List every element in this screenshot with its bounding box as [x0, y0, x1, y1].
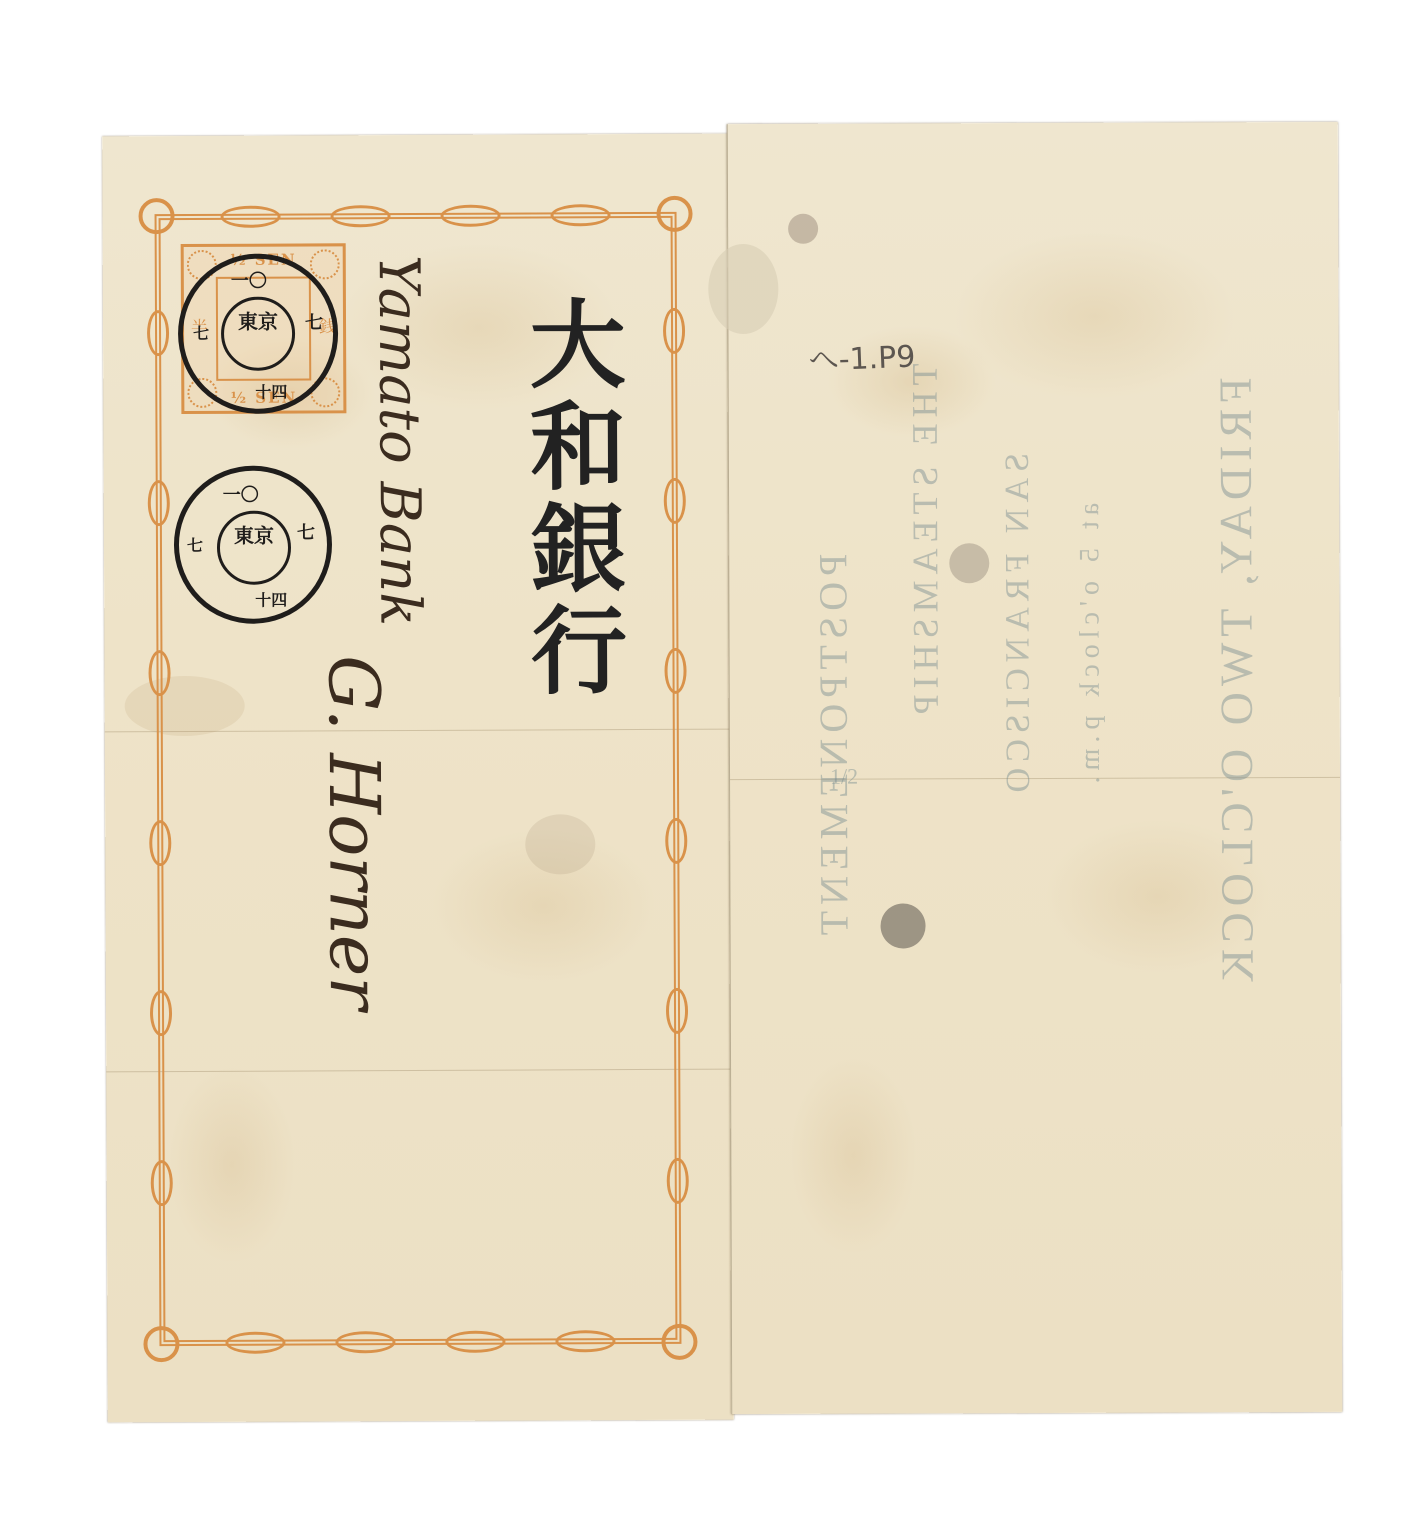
card-back-panel: へ-1.P9 FRIDAY, TWO O'CLOCK at 5 o'clock …	[727, 122, 1342, 1414]
english-address-line-2: G. Horner	[312, 655, 396, 1010]
pencil-catalog-note: へ-1.P9	[808, 332, 916, 380]
stain	[949, 543, 989, 583]
postmark-city: 東京	[229, 525, 279, 547]
frame-corner-ornament	[656, 196, 692, 232]
show-through-mark: 1/2	[830, 764, 858, 790]
frame-link	[445, 1331, 505, 1353]
postmark-left: 七	[187, 533, 203, 556]
frame-link	[555, 1330, 615, 1352]
postmark-city: 東京	[233, 311, 283, 333]
frame-link	[148, 650, 170, 696]
stamp-flower-icon	[310, 249, 340, 279]
japanese-address: 大和銀行	[495, 294, 637, 703]
postmark: 東京 一〇 七 十四 七	[174, 465, 333, 624]
frame-link	[150, 990, 172, 1036]
frame-link	[440, 205, 500, 227]
postmark-right: 七	[305, 308, 323, 334]
postmark: 東京 一〇 七 十四 七	[178, 253, 339, 414]
show-through-line: at 5 o'clock p.m.	[1074, 503, 1107, 790]
stain	[788, 214, 818, 244]
frame-link	[663, 308, 685, 354]
frame-link	[148, 480, 170, 526]
frame-link	[550, 204, 610, 226]
postmark-bottom: 十四	[255, 380, 287, 403]
frame-corner-ornament	[138, 198, 174, 234]
frame-link	[664, 478, 686, 524]
card-front-panel: ½ SEN ½ SEN 半 銭 東京 一〇 七 十四 七 東京 一〇 七 十四 …	[102, 134, 734, 1423]
frame-link	[667, 1158, 689, 1204]
postmark-top: 一〇	[231, 267, 267, 293]
show-through-line: THE STEAMSHIP	[904, 363, 947, 720]
show-through-line: FRIDAY, TWO O'CLOCK	[1209, 377, 1264, 988]
frame-corner-ornament	[143, 1326, 179, 1362]
show-through-line: POSTPONEMENT	[809, 554, 857, 942]
show-through-line: SAN FRANCISCO	[999, 453, 1038, 798]
frame-link	[664, 648, 686, 694]
frame-link	[147, 310, 169, 356]
tape-residue	[708, 244, 778, 334]
frame-link	[149, 820, 171, 866]
frame-link	[335, 1331, 395, 1353]
frame-link	[225, 1332, 285, 1354]
postmark-top: 一〇	[223, 481, 259, 507]
frame-corner-ornament	[661, 1324, 697, 1360]
postmark-left: 七	[193, 321, 209, 344]
frame-link	[665, 818, 687, 864]
english-address-line-1: Yamato Bank	[366, 255, 433, 626]
postmark-right: 七	[297, 518, 315, 544]
frame-link	[666, 988, 688, 1034]
frame-link	[331, 205, 391, 227]
postmark-bottom: 十四	[255, 588, 287, 611]
stain	[880, 903, 925, 948]
frame-link	[151, 1160, 173, 1206]
frame-link	[221, 206, 281, 228]
